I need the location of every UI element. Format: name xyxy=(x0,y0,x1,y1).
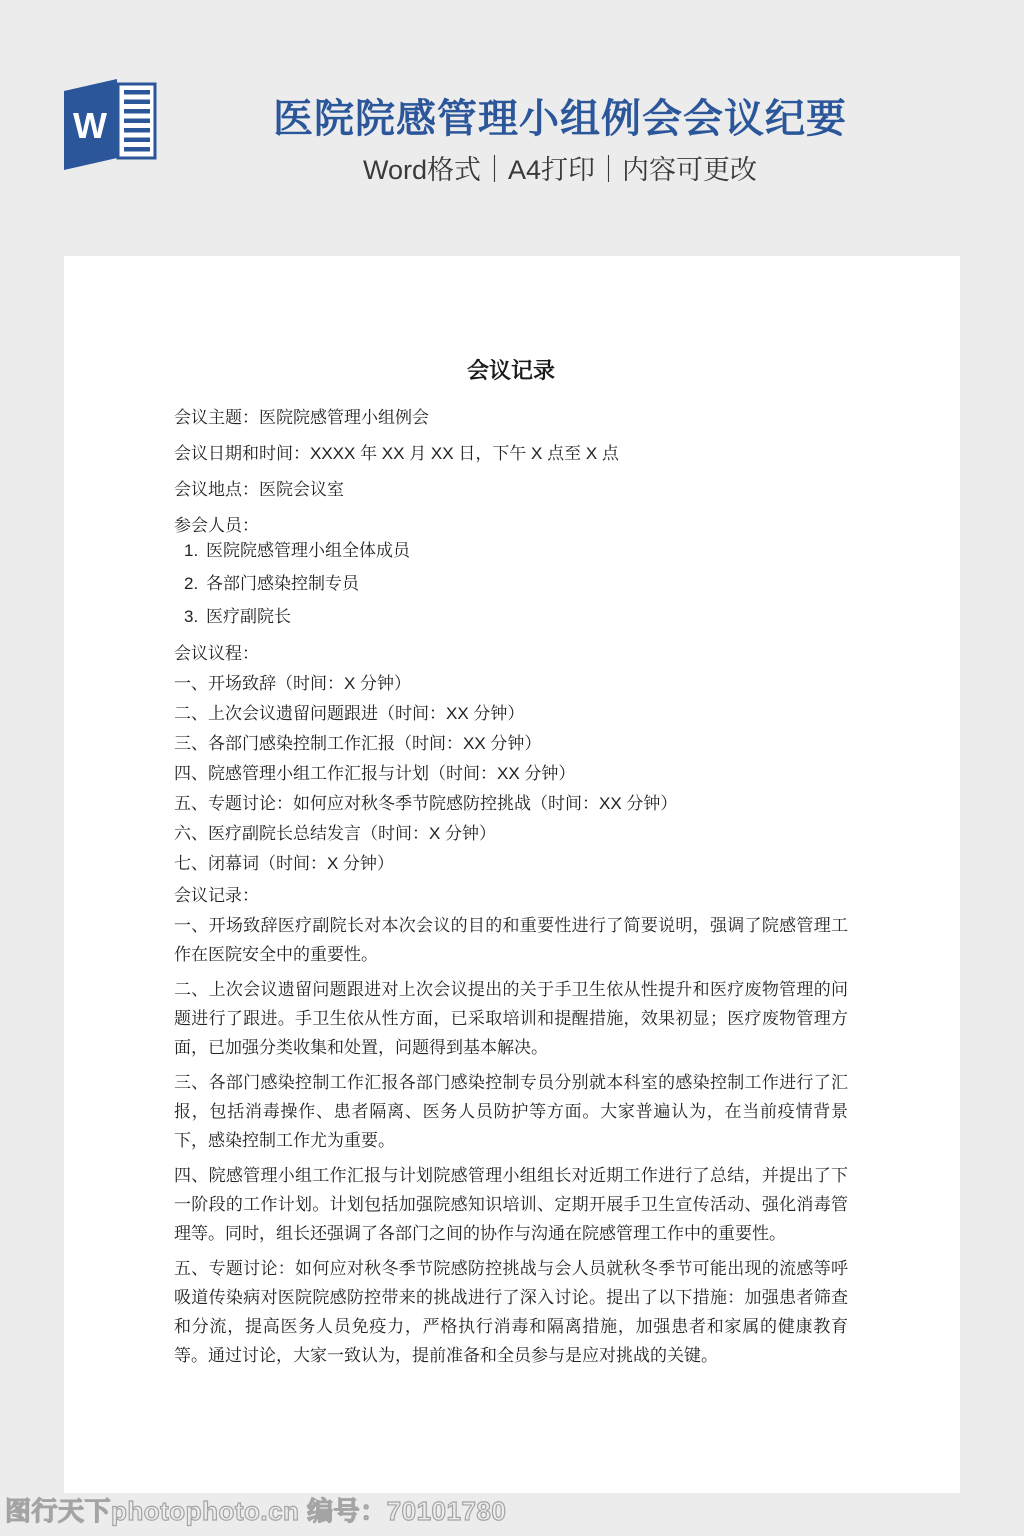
attendee-item: 1.医院院感管理小组全体成员 xyxy=(174,534,848,567)
attendee-item: 3.医疗副院长 xyxy=(174,600,848,633)
document-page: 会议记录 会议主题：医院院感管理小组例会会议日期和时间：XXXX 年 XX 月 … xyxy=(64,256,960,1493)
minutes-label: 会议记录： xyxy=(174,881,848,911)
attendee-text: 各部门感染控制专员 xyxy=(206,574,359,593)
agenda-line: 五、专题讨论：如何应对秋冬季节院感防控挑战（时间：XX 分钟） xyxy=(174,789,848,819)
page-subtitle: Word格式｜A4打印｜内容可更改 xyxy=(96,152,1024,188)
minutes-paragraphs: 一、开场致辞医疗副院长对本次会议的目的和重要性进行了简要说明，强调了院感管理工作… xyxy=(174,911,848,1370)
header-text: 医院院感管理小组例会会议纪要 Word格式｜A4打印｜内容可更改 xyxy=(96,96,1024,188)
minutes-paragraph: 一、开场致辞医疗副院长对本次会议的目的和重要性进行了简要说明，强调了院感管理工作… xyxy=(174,911,848,969)
page-title: 医院院感管理小组例会会议纪要 xyxy=(96,96,1024,142)
template-preview: W 医院院感管理小组例会会议纪要 Word格式｜A4打印｜内容可更改 会议记录 … xyxy=(0,0,1024,1536)
agenda-label: 会议议程： xyxy=(174,639,848,669)
agenda-line: 四、院感管理小组工作汇报与计划（时间：XX 分钟） xyxy=(174,759,848,789)
agenda-line: 一、开场致辞（时间：X 分钟） xyxy=(174,669,848,699)
agenda-line: 七、闭幕词（时间：X 分钟） xyxy=(174,849,848,879)
minutes-paragraph: 二、上次会议遗留问题跟进对上次会议提出的关于手卫生依从性提升和医疗废物管理的问题… xyxy=(174,975,848,1062)
attendee-number: 3. xyxy=(184,600,206,633)
agenda-lines: 一、开场致辞（时间：X 分钟）二、上次会议遗留问题跟进（时间：XX 分钟）三、各… xyxy=(174,669,848,879)
attendee-number: 2. xyxy=(184,567,206,600)
document-body: 会议记录 会议主题：医院院感管理小组例会会议日期和时间：XXXX 年 XX 月 … xyxy=(64,256,960,1370)
minutes-paragraph: 四、院感管理小组工作汇报与计划院感管理小组组长对近期工作进行了总结，并提出了下一… xyxy=(174,1161,848,1248)
meta-line: 会议主题：医院院感管理小组例会 xyxy=(174,400,848,436)
meta-line: 会议地点：医院会议室 xyxy=(174,472,848,508)
attendee-number: 1. xyxy=(184,534,206,567)
minutes-paragraph: 三、各部门感染控制工作汇报各部门感染控制专员分别就本科室的感染控制工作进行了汇报… xyxy=(174,1068,848,1155)
attendees-list: 1.医院院感管理小组全体成员2.各部门感染控制专员3.医疗副院长 xyxy=(174,534,848,633)
agenda-line: 六、医疗副院长总结发言（时间：X 分钟） xyxy=(174,819,848,849)
meta-line: 会议日期和时间：XXXX 年 XX 月 XX 日，下午 X 点至 X 点 xyxy=(174,436,848,472)
watermark: 图行天下photophoto.cn 编号：70101780 xyxy=(5,1491,506,1528)
attendee-text: 医院院感管理小组全体成员 xyxy=(206,541,410,560)
attendee-text: 医疗副院长 xyxy=(206,607,291,626)
attendee-item: 2.各部门感染控制专员 xyxy=(174,567,848,600)
minutes-paragraph: 五、专题讨论：如何应对秋冬季节院感防控挑战与会人员就秋冬季节可能出现的流感等呼吸… xyxy=(174,1254,848,1370)
document-title: 会议记录 xyxy=(174,354,848,388)
header: W 医院院感管理小组例会会议纪要 Word格式｜A4打印｜内容可更改 xyxy=(0,0,1024,256)
meta-lines: 会议主题：医院院感管理小组例会会议日期和时间：XXXX 年 XX 月 XX 日，… xyxy=(174,400,848,544)
agenda-line: 二、上次会议遗留问题跟进（时间：XX 分钟） xyxy=(174,699,848,729)
agenda-line: 三、各部门感染控制工作汇报（时间：XX 分钟） xyxy=(174,729,848,759)
